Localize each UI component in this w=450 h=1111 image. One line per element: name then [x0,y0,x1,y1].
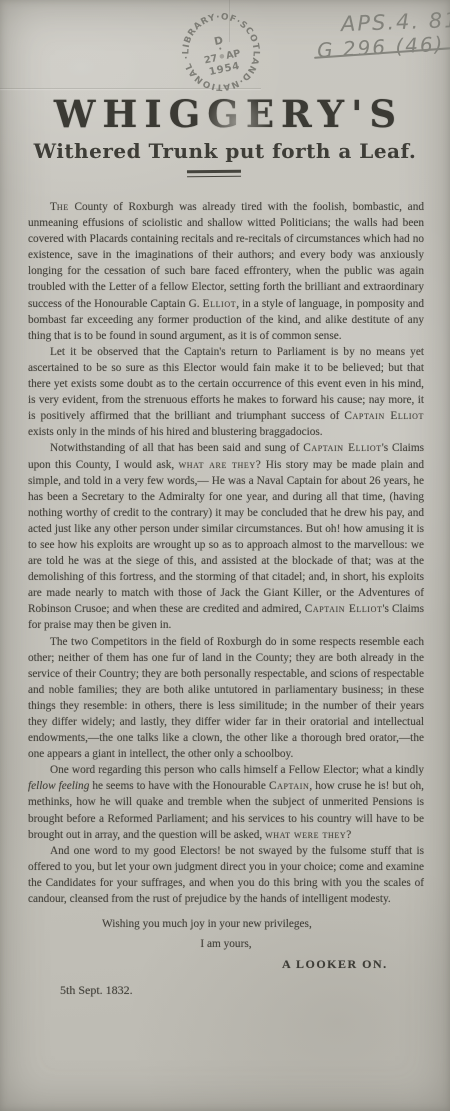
text-segment: County of Roxburgh was already tired wit… [28,201,424,310]
text-segment: he [57,201,69,213]
paragraph: The two Competitors in the field of Roxb… [28,634,424,763]
text-segment: And one word to my good Electors! be not… [28,845,424,905]
closing-valediction: Wishing you much joy in your new privile… [28,916,424,932]
text-segment: T [50,201,57,213]
stamp-dot [219,47,222,50]
text-segment: Captain Elliot [344,410,424,422]
text-segment: fellow feeling [28,780,89,792]
text-segment: Captain Elliot [303,442,382,454]
library-stamp-icon: ·LIBRARY·OF·SCOTLAND·NATIONAL D 27 AP 19… [169,0,273,104]
stamp-month: AP [225,48,242,62]
paragraph: Notwithstanding of all that has been sai… [28,440,424,633]
page-title: WHIGGERY'S [0,92,450,136]
broadside-page: ·LIBRARY·OF·SCOTLAND·NATIONAL D 27 AP 19… [0,0,450,1111]
text-segment: Captain Elliot [305,603,383,615]
text-segment: what were they? [265,829,352,841]
text-segment: The two Competitors in the field of Roxb… [28,636,424,761]
stamp-ring-text: ·LIBRARY·OF·SCOTLAND·NATIONAL [174,5,268,99]
paragraph: The County of Roxburgh was already tired… [28,199,424,344]
stamp-thistle-icon [219,54,224,59]
page-subtitle: Withered Trunk put forth a Leaf. [0,139,450,163]
paragraph: One word regarding this person who calls… [28,762,424,842]
text-segment: he seems to have with the Honourable [89,780,269,792]
stamp-letter: D [213,34,224,48]
text-segment: One word regarding this person who calls… [50,764,424,776]
closing-salutation: I am yours, [28,936,424,952]
text-segment: Notwithstanding of all that has been sai… [50,442,303,454]
closing-block: Wishing you much joy in your new privile… [28,916,424,998]
text-segment: exists only in the minds of his hired an… [28,426,323,438]
text-segment: Captain [269,780,309,792]
shelfmark-annotation-struck: G 296 (46) [316,32,445,63]
closing-signature: A LOOKER ON. [28,956,424,972]
paragraph: And one word to my good Electors! be not… [28,843,424,907]
closing-date: 5th Sept. 1832. [28,982,424,998]
text-segment: what are they? [179,459,262,471]
title-divider-rule [187,170,241,177]
text-segment: Elliot [203,298,237,310]
text-segment: His story may be made plain and simple, … [28,459,424,616]
paragraph: Let it be observed that the Captain's re… [28,344,424,441]
stamp-day: 27 [203,53,218,67]
document-body: The County of Roxburgh was already tired… [28,199,424,999]
